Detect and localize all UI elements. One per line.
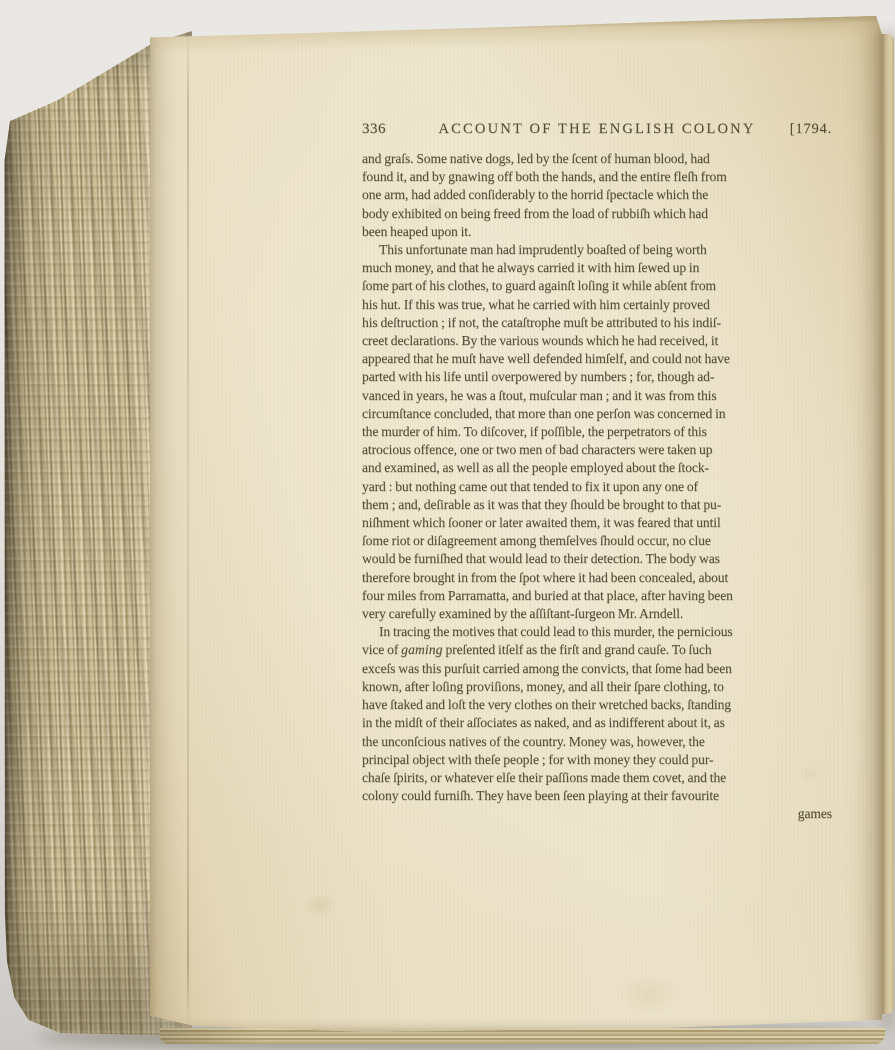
italic-word-gaming: gaming xyxy=(401,642,442,657)
under-pages-right-edge xyxy=(882,34,894,1014)
paragraph-3: In tracing the motives that could lead t… xyxy=(362,623,832,805)
running-header: 336 ACCOUNT OF THE ENGLISH COLONY [1794. xyxy=(362,120,832,140)
paragraph-2: This unfortunate man had imprudently boa… xyxy=(362,241,832,623)
running-title: ACCOUNT OF THE ENGLISH COLONY xyxy=(438,121,755,138)
book-page: 336 ACCOUNT OF THE ENGLISH COLONY [1794.… xyxy=(150,14,882,1034)
catchword: games xyxy=(362,805,832,823)
paragraph-3-text-continued: preſented itſelf as the firſt and grand … xyxy=(362,642,732,803)
page-number: 336 xyxy=(362,121,386,138)
paragraph-1: and graſs. Some native dogs, led by the … xyxy=(362,150,832,241)
year-marker: [1794. xyxy=(790,121,832,138)
photograph-background: 336 ACCOUNT OF THE ENGLISH COLONY [1794.… xyxy=(0,0,895,1050)
under-pages-bottom-edge xyxy=(160,1028,885,1044)
page-body-text: and graſs. Some native dogs, led by the … xyxy=(362,150,832,824)
